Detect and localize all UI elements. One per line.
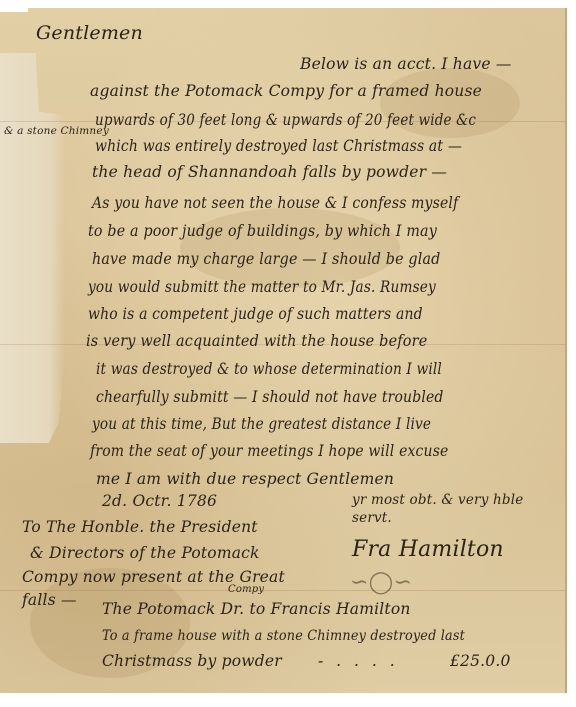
address-line: & Directors of the Potomack	[30, 544, 260, 562]
body-line: against the Potomack Compy for a framed …	[90, 82, 482, 100]
margin-note: & a stone Chimney	[4, 125, 109, 137]
body-line: who is a competent judge of such matters…	[88, 305, 423, 323]
account-superscript: Compy	[228, 584, 264, 595]
body-line: me I am with due respect Gentlemen	[96, 470, 394, 488]
repair-patch	[0, 53, 65, 443]
body-line: As you have not seen the house & I confe…	[92, 194, 458, 212]
body-line: from the seat of your meetings I hope wi…	[90, 442, 448, 460]
body-line: to be a poor judge of buildings, by whic…	[88, 222, 437, 240]
salutation: Gentlemen	[36, 22, 143, 44]
fold-line	[0, 590, 565, 591]
address-line: falls —	[22, 591, 77, 609]
body-line: have made my charge large — I should be …	[92, 250, 440, 268]
body-line: upwards of 30 feet long & upwards of 20 …	[95, 111, 476, 129]
closing-line: servt.	[352, 510, 392, 526]
body-line: it was destroyed & to whose determinatio…	[96, 360, 442, 378]
account-line: To a frame house with a stone Chimney de…	[102, 628, 465, 644]
signature-flourish: ∽◯∽	[350, 570, 412, 595]
body-line: which was entirely destroyed last Christ…	[95, 137, 462, 155]
body-line: Below is an acct. I have —	[300, 55, 512, 73]
body-line: chearfully submitt — I should not have t…	[96, 388, 444, 406]
signature: Fra Hamilton	[352, 537, 504, 562]
body-line: you would submitt the matter to Mr. Jas.…	[88, 278, 436, 296]
body-line: you at this time, But the greatest dista…	[92, 415, 431, 433]
stain	[180, 208, 400, 288]
account-amount: £25.0.0	[450, 652, 511, 670]
body-line: the head of Shannandoah falls by powder …	[92, 163, 447, 181]
letter-date: 2d. Octr. 1786	[102, 492, 217, 510]
address-line: To The Honble. the President	[22, 518, 258, 536]
torn-corner	[0, 0, 28, 12]
account-leaders: - . . . .	[318, 652, 399, 670]
closing-line: yr most obt. & very hble	[352, 492, 523, 508]
account-line: Christmass by powder	[102, 652, 282, 670]
account-heading: The Potomack Dr. to Francis Hamilton	[102, 600, 411, 618]
body-line: is very well acquainted with the house b…	[86, 332, 427, 350]
